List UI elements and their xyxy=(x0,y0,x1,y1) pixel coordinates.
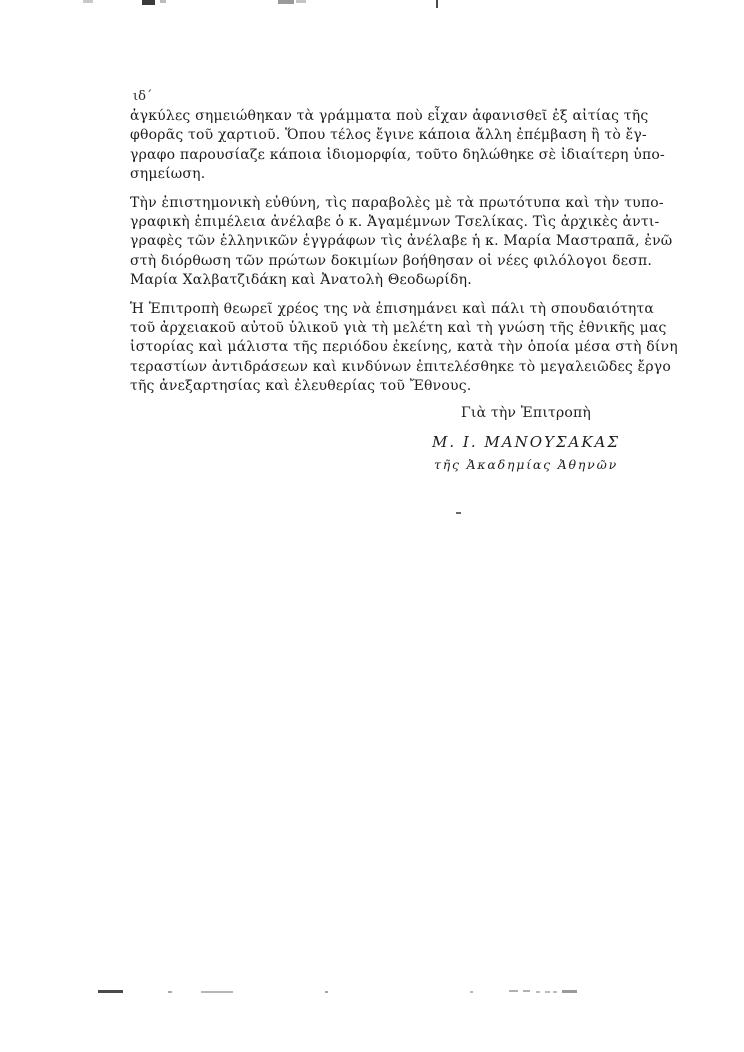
text-line: τοῦ ἀρχειακοῦ αὐτοῦ ὑλικοῦ γιὰ τὴ μελέτη… xyxy=(130,319,626,338)
scan-artifact xyxy=(160,0,166,3)
text-line: στὴ διόρθωση τῶν πρώτων δοκιμίων βοήθησα… xyxy=(130,252,626,271)
scan-artifact xyxy=(456,512,461,514)
scanned-book-page: ιδ΄ ἀγκύλες σημειώθηκαν τὰ γράμματα ποὺ … xyxy=(0,0,744,1052)
text-line: τεραστίων ἀντιδράσεων καὶ κινδύνων ἐπιτε… xyxy=(130,358,626,377)
scan-artifact xyxy=(436,0,438,8)
scan-artifact xyxy=(142,0,155,5)
scan-artifact xyxy=(325,991,328,993)
scan-artifact xyxy=(201,991,233,993)
signature-for-line: Γιὰ τὴν Ἐπιτροπὴ xyxy=(426,404,626,423)
scan-artifact xyxy=(278,0,294,4)
page-number: ιδ΄ xyxy=(133,89,152,104)
text-line: τῆς ἀνεξαρτησίας καὶ ἐλευθερίας τοῦ Ἔθνο… xyxy=(130,377,626,396)
text-line: ἱστορίας καὶ μάλιστα τῆς περιόδου ἐκείνη… xyxy=(130,338,626,357)
scan-artifact xyxy=(168,991,172,993)
paragraph-2: Τὴν ἐπιστημονικὴ εὐθύνη, τὶς παραβολὲς μ… xyxy=(130,194,626,291)
scan-artifact xyxy=(562,990,577,993)
scan-artifact xyxy=(509,990,518,992)
signature-name: Μ. Ι. ΜΑΝΟΥΣΑΚΑΣ xyxy=(426,433,626,452)
scan-artifact xyxy=(83,0,93,3)
text-line: γραφο παρουσίαζε κάποια ἰδιομορφία, τοῦτ… xyxy=(130,146,626,165)
scan-artifact xyxy=(553,991,557,993)
text-line: Τὴν ἐπιστημονικὴ εὐθύνη, τὶς παραβολὲς μ… xyxy=(130,194,626,213)
scan-artifact xyxy=(536,991,540,993)
paragraph-3: Ἡ Ἐπιτροπὴ θεωρεῖ χρέος της νὰ ἐπισημάνε… xyxy=(130,300,626,397)
scan-artifact xyxy=(545,991,550,993)
text-line: σημείωση. xyxy=(130,165,626,184)
text-line: Ἡ Ἐπιτροπὴ θεωρεῖ χρέος της νὰ ἐπισημάνε… xyxy=(130,300,626,319)
scan-artifact xyxy=(296,0,306,3)
scan-artifact xyxy=(523,990,530,992)
scan-artifact xyxy=(470,991,473,993)
text-line: φθορᾶς τοῦ χαρτιοῦ. Ὅπου τέλος ἔγινε κάπ… xyxy=(130,126,626,145)
text-line: ἀγκύλες σημειώθηκαν τὰ γράμματα ποὺ εἶχα… xyxy=(130,107,626,126)
text-line: γραφικὴ ἐπιμέλεια ἀνέλαβε ὁ κ. Ἀγαμέμνων… xyxy=(130,213,626,232)
text-block: ἀγκύλες σημειώθηκαν τὰ γράμματα ποὺ εἶχα… xyxy=(130,107,626,474)
signature-block: Γιὰ τὴν Ἐπιτροπὴ Μ. Ι. ΜΑΝΟΥΣΑΚΑΣ τῆς Ἀκ… xyxy=(130,404,626,474)
scan-artifact xyxy=(98,990,123,993)
text-line: Μαρία Χαλβατζιδάκη καὶ Ἀνατολὴ Θεοδωρίδη… xyxy=(130,271,626,290)
signature-affiliation: τῆς Ἀκαδημίας Ἀθηνῶν xyxy=(426,455,626,474)
signature-inner: Γιὰ τὴν Ἐπιτροπὴ Μ. Ι. ΜΑΝΟΥΣΑΚΑΣ τῆς Ἀκ… xyxy=(426,404,626,474)
text-line: γραφὲς τῶν ἑλληνικῶν ἐγγράφων τὶς ἀνέλαβ… xyxy=(130,232,626,251)
paragraph-1: ἀγκύλες σημειώθηκαν τὰ γράμματα ποὺ εἶχα… xyxy=(130,107,626,185)
